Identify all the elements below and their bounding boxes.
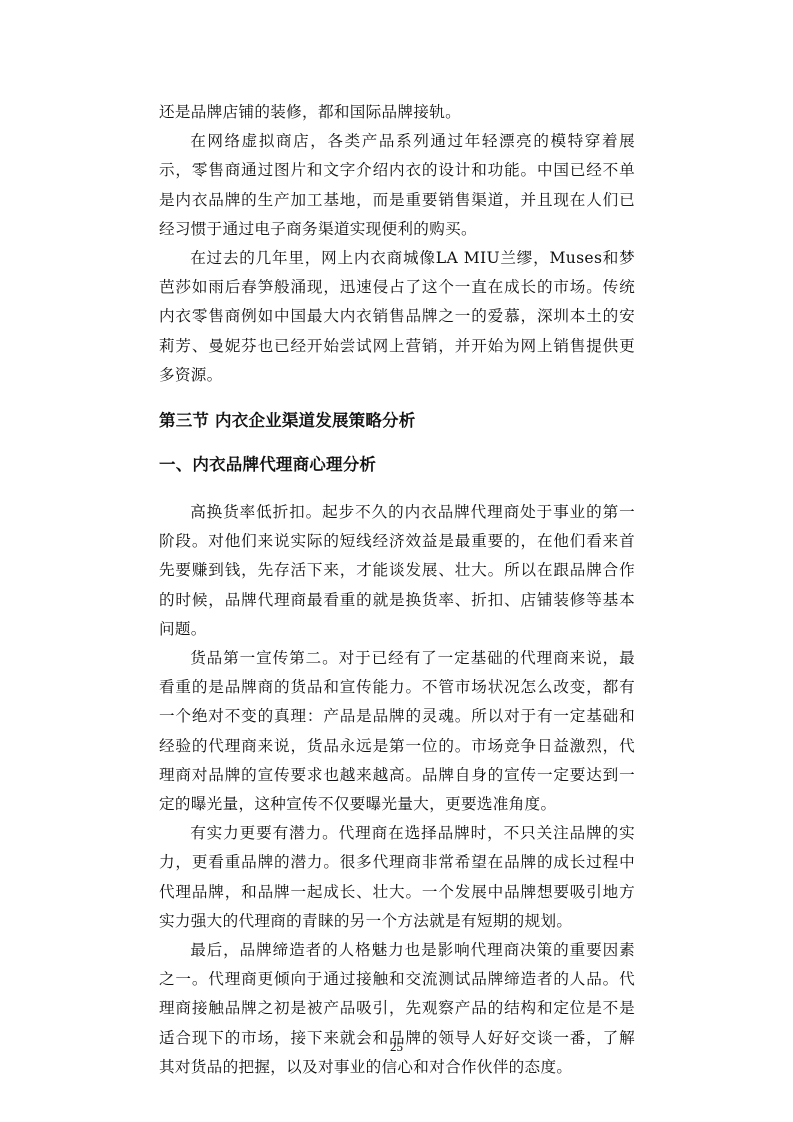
paragraph-founder-charisma: 最后，品牌缔造者的人格魅力也是影响代理商决策的重要因素之一。代理商更倾向于通过接… (159, 936, 635, 1082)
document-page: 还是品牌店铺的装修，都和国际品牌接轨。 在网络虚拟商店，各类产品系列通过年轻漂亮… (159, 98, 635, 1082)
paragraph-potential: 有实力更要有潜力。代理商在选择品牌时，不只关注品牌的实力，更看重品牌的潜力。很多… (159, 819, 635, 936)
paragraph-exchange-rate: 高换货率低折扣。起步不久的内衣品牌代理商处于事业的第一阶段。对他们来说实际的短线… (159, 498, 635, 644)
paragraph-goods-first: 货品第一宣传第二。对于已经有了一定基础的代理商来说，最看重的是品牌商的货品和宣传… (159, 644, 635, 819)
paragraph-continuation: 还是品牌店铺的装修，都和国际品牌接轨。 (159, 98, 635, 127)
paragraph-online-store: 在网络虚拟商店，各类产品系列通过年轻漂亮的模特穿着展示，零售商通过图片和文字介绍… (159, 127, 635, 244)
paragraph-online-market: 在过去的几年里，网上内衣商城像LA MIU兰缪，Muses和梦芭莎如雨后春笋般涌… (159, 244, 635, 390)
page-number: 25 (0, 1039, 793, 1055)
section-heading: 第三节 内衣企业渠道发展策略分析 (159, 408, 635, 434)
subsection-heading: 一、内衣品牌代理商心理分析 (159, 452, 635, 478)
